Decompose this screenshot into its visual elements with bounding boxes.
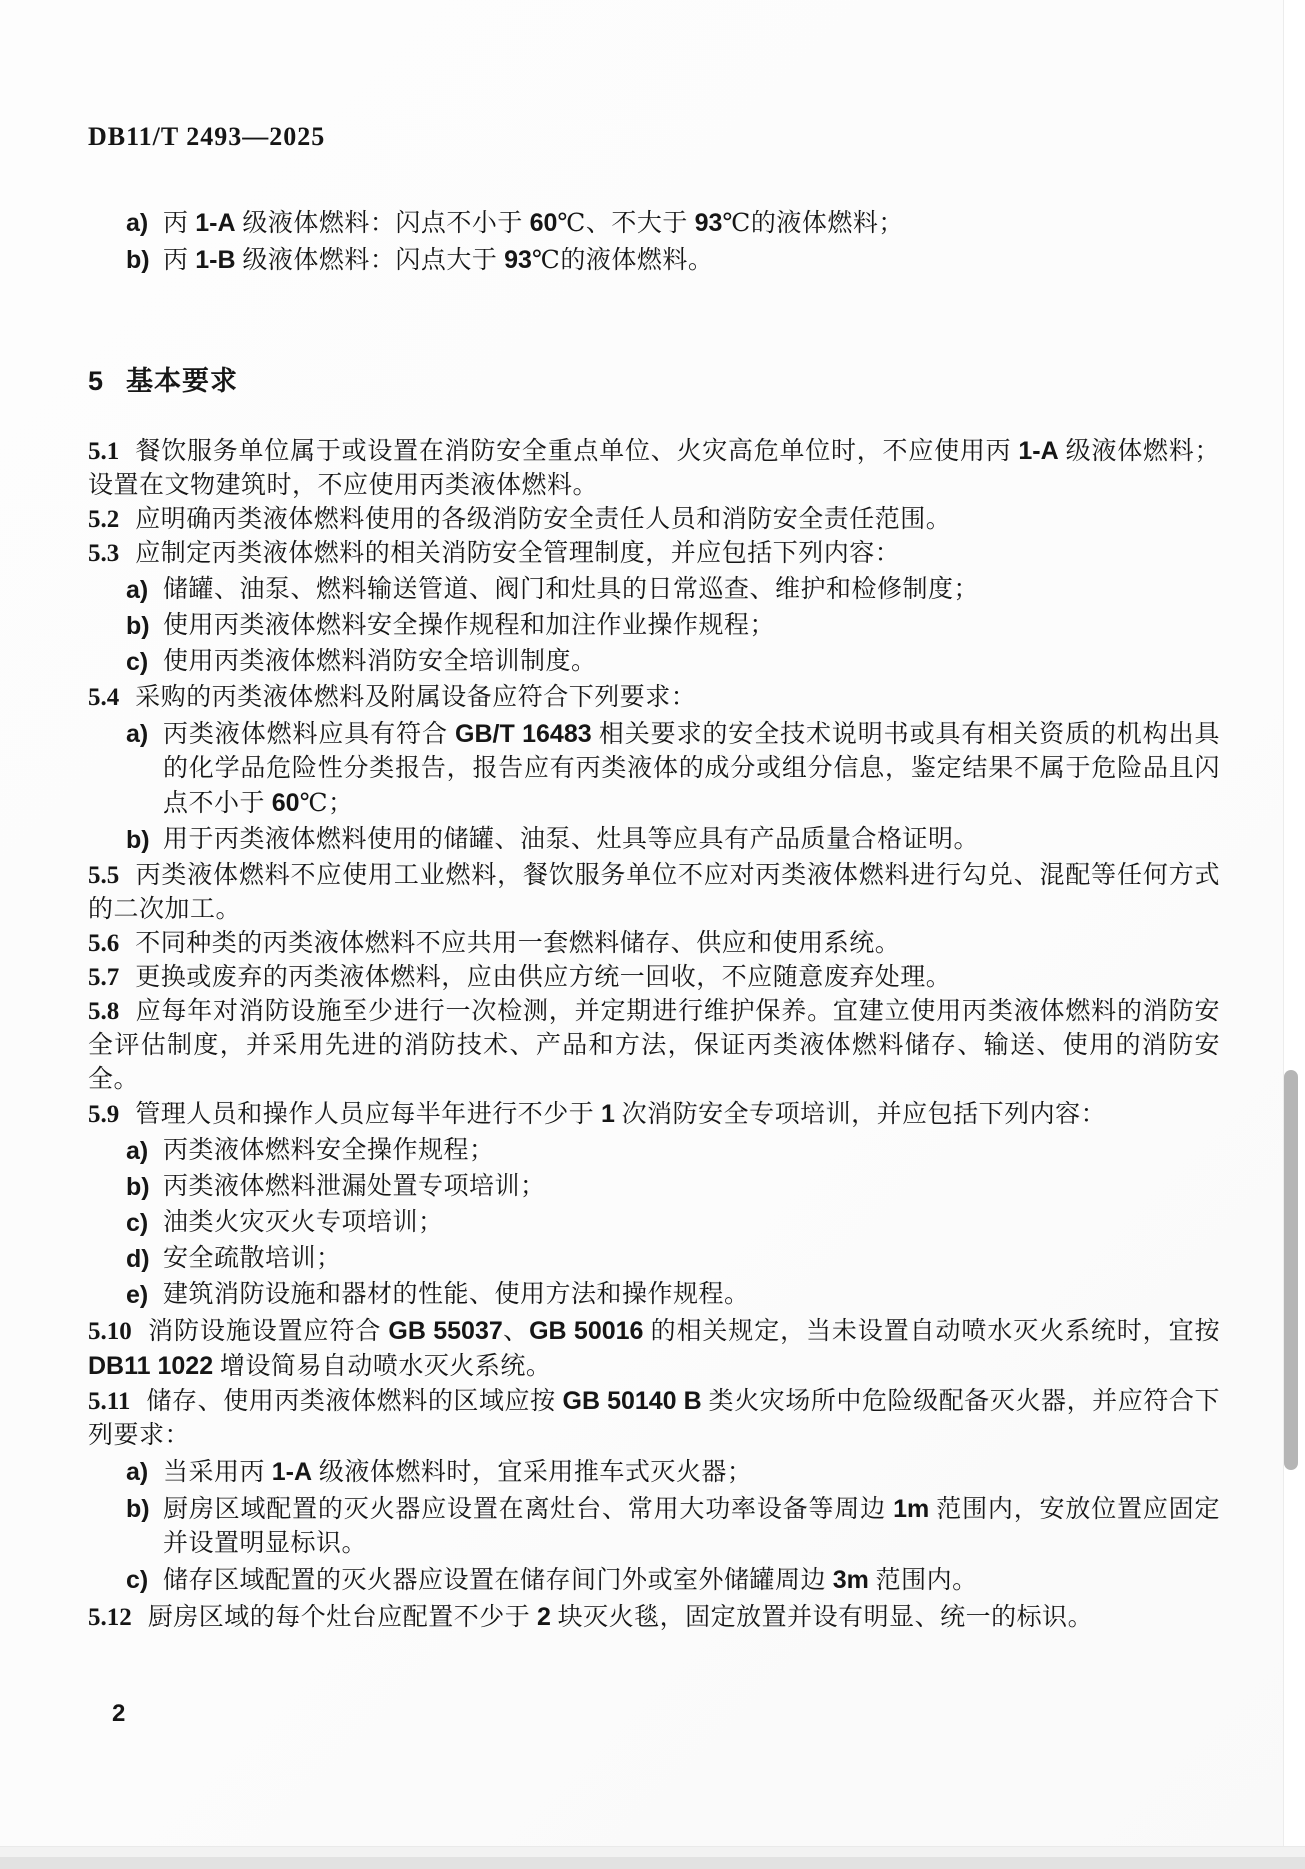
list-label: c) <box>126 645 148 679</box>
list-text: 丙 1-B 级液体燃料：闪点大于 93℃的液体燃料。 <box>163 247 713 274</box>
clause-5-3: 5.3应制定丙类液体燃料的相关消防安全管理制度，并应包括下列内容： <box>88 537 1220 571</box>
clause-text: 应每年对消防设施至少进行一次检测，并定期进行维护保养。宜建立使用丙类液体燃料的消… <box>88 998 1220 1093</box>
list-text: 丙类液体燃料应具有符合 GB/T 16483 相关要求的安全技术说明书或具有相关… <box>163 721 1220 817</box>
vertical-scrollbar-track[interactable] <box>1283 0 1305 1869</box>
clause-5-4-item-b: b) 用于丙类液体燃料使用的储罐、油泵、灶具等应具有产品质量合格证明。 <box>88 823 1220 857</box>
list-text: 安全疏散培训； <box>163 1245 342 1272</box>
list-text: 建筑消防设施和器材的性能、使用方法和操作规程。 <box>163 1281 750 1308</box>
clause-text: 消防设施设置应符合 GB 55037、GB 50016 的相关规定，当未设置自动… <box>88 1318 1220 1380</box>
list-text: 储存区域配置的灭火器应设置在储存间门外或室外储罐周边 3m 范围内。 <box>163 1567 978 1594</box>
clause-5-7: 5.7更换或废弃的丙类液体燃料，应由供应方统一回收，不应随意废弃处理。 <box>88 961 1220 995</box>
clause-5-11: 5.11储存、使用丙类液体燃料的区域应按 GB 50140 B 类火灾场所中危险… <box>88 1384 1220 1453</box>
section-title: 基本要求 <box>126 366 238 396</box>
list-text: 油类火灾灭火专项培训； <box>163 1209 444 1236</box>
clause-text: 丙类液体燃料不应使用工业燃料，餐饮服务单位不应对丙类液体燃料进行勾兑、混配等任何… <box>88 862 1220 923</box>
clause-number: 5.6 <box>88 930 119 957</box>
list-label: b) <box>126 243 150 277</box>
clause-text: 管理人员和操作人员应每半年进行不少于 1 次消防安全专项培训，并应包括下列内容： <box>135 1101 1106 1128</box>
clause-number: 5.7 <box>88 964 119 991</box>
list-label: b) <box>126 609 150 643</box>
clause-text: 应明确丙类液体燃料使用的各级消防安全责任人员和消防安全责任范围。 <box>135 506 951 533</box>
list-text: 储罐、油泵、燃料输送管道、阀门和灶具的日常巡查、维护和检修制度； <box>163 576 979 603</box>
clause-5-5: 5.5丙类液体燃料不应使用工业燃料，餐饮服务单位不应对丙类液体燃料进行勾兑、混配… <box>88 859 1220 927</box>
clause-5-9-item-b: b) 丙类液体燃料泄漏处置专项培训； <box>88 1170 1220 1204</box>
clause-5-4: 5.4采购的丙类液体燃料及附属设备应符合下列要求： <box>88 681 1220 715</box>
list-label: d) <box>126 1242 150 1276</box>
list-text: 用于丙类液体燃料使用的储罐、油泵、灶具等应具有产品质量合格证明。 <box>163 826 979 853</box>
list-label: c) <box>126 1563 148 1597</box>
clause-number: 5.3 <box>88 540 119 567</box>
clause-5-9-item-e: e) 建筑消防设施和器材的性能、使用方法和操作规程。 <box>88 1278 1220 1312</box>
list-text: 使用丙类液体燃料安全操作规程和加注作业操作规程； <box>163 612 775 639</box>
clause-number: 5.10 <box>88 1318 132 1345</box>
clause-5-10: 5.10消防设施设置应符合 GB 55037、GB 50016 的相关规定，当未… <box>88 1314 1220 1384</box>
doc-code-header: DB11/T 2493—2025 <box>88 122 325 152</box>
list-text: 使用丙类液体燃料消防安全培训制度。 <box>163 648 597 675</box>
clause-text: 不同种类的丙类液体燃料不应共用一套燃料储存、供应和使用系统。 <box>135 930 900 957</box>
list-text: 丙类液体燃料泄漏处置专项培训； <box>163 1173 546 1200</box>
list-label: b) <box>126 823 150 857</box>
list-label: c) <box>126 1206 148 1240</box>
page-content: a) 丙 1-A 级液体燃料：闪点不小于 60℃、不大于 93℃的液体燃料； b… <box>88 204 1220 1635</box>
clause-5-9-item-c: c) 油类火灾灭火专项培训； <box>88 1206 1220 1240</box>
list-item-intro-a: a) 丙 1-A 级液体燃料：闪点不小于 60℃、不大于 93℃的液体燃料； <box>88 206 1220 241</box>
clause-5-6: 5.6不同种类的丙类液体燃料不应共用一套燃料储存、供应和使用系统。 <box>88 927 1220 961</box>
clause-number: 5.4 <box>88 684 119 711</box>
viewer-bottom-strip <box>0 1846 1305 1857</box>
list-label: e) <box>126 1278 148 1312</box>
vertical-scrollbar-thumb[interactable] <box>1284 1070 1298 1470</box>
list-text: 当采用丙 1-A 级液体燃料时，宜采用推车式灭火器； <box>163 1459 752 1486</box>
page-number: 2 <box>112 1700 125 1728</box>
clause-number: 5.5 <box>88 862 119 889</box>
list-label: a) <box>126 1134 148 1168</box>
document-page: DB11/T 2493—2025 a) 丙 1-A 级液体燃料：闪点不小于 60… <box>0 0 1305 1869</box>
list-label: a) <box>126 1455 148 1489</box>
list-text: 厨房区域配置的灭火器应设置在离灶台、常用大功率设备等周边 1m 范围内，安放位置… <box>163 1496 1220 1557</box>
clause-5-8: 5.8应每年对消防设施至少进行一次检测，并定期进行维护保养。宜建立使用丙类液体燃… <box>88 995 1220 1097</box>
clause-5-12: 5.12厨房区域的每个灶台应配置不少于 2 块灭火毯，固定放置并设有明显、统一的… <box>88 1600 1220 1635</box>
clause-5-9: 5.9管理人员和操作人员应每半年进行不少于 1 次消防安全专项培训，并应包括下列… <box>88 1097 1220 1132</box>
clause-text: 采购的丙类液体燃料及附属设备应符合下列要求： <box>135 684 696 711</box>
list-label: b) <box>126 1492 150 1526</box>
clause-number: 5.1 <box>88 438 119 465</box>
clause-5-3-item-c: c) 使用丙类液体燃料消防安全培训制度。 <box>88 645 1220 679</box>
clause-number: 5.8 <box>88 998 119 1025</box>
clause-5-11-item-c: c) 储存区域配置的灭火器应设置在储存间门外或室外储罐周边 3m 范围内。 <box>88 1563 1220 1598</box>
list-text: 丙 1-A 级液体燃料：闪点不小于 60℃、不大于 93℃的液体燃料； <box>163 210 904 237</box>
clause-5-9-item-d: d) 安全疏散培训； <box>88 1242 1220 1276</box>
clause-text: 储存、使用丙类液体燃料的区域应按 GB 50140 B 类火灾场所中危险级配备灭… <box>88 1388 1220 1449</box>
clause-5-1: 5.1餐饮服务单位属于或设置在消防安全重点单位、火灾高危单位时，不应使用丙 1-… <box>88 434 1220 503</box>
clause-5-2: 5.2应明确丙类液体燃料使用的各级消防安全责任人员和消防安全责任范围。 <box>88 503 1220 537</box>
clause-5-4-item-a: a) 丙类液体燃料应具有符合 GB/T 16483 相关要求的安全技术说明书或具… <box>88 717 1220 821</box>
viewer-bottom-bar <box>0 1857 1305 1869</box>
clause-text: 厨房区域的每个灶台应配置不少于 2 块灭火毯，固定放置并设有明显、统一的标识。 <box>148 1604 1093 1631</box>
list-label: a) <box>126 717 148 751</box>
clause-5-9-item-a: a) 丙类液体燃料安全操作规程； <box>88 1134 1220 1168</box>
list-label: a) <box>126 573 148 607</box>
clause-number: 5.12 <box>88 1604 132 1631</box>
list-item-intro-b: b) 丙 1-B 级液体燃料：闪点大于 93℃的液体燃料。 <box>88 243 1220 278</box>
clause-number: 5.9 <box>88 1101 119 1128</box>
clause-5-11-item-a: a) 当采用丙 1-A 级液体燃料时，宜采用推车式灭火器； <box>88 1455 1220 1490</box>
clause-text: 应制定丙类液体燃料的相关消防安全管理制度，并应包括下列内容： <box>135 540 900 567</box>
clause-5-3-item-a: a) 储罐、油泵、燃料输送管道、阀门和灶具的日常巡查、维护和检修制度； <box>88 573 1220 607</box>
section-number: 5 <box>88 366 104 396</box>
clause-5-11-item-b: b) 厨房区域配置的灭火器应设置在离灶台、常用大功率设备等周边 1m 范围内，安… <box>88 1492 1220 1561</box>
clause-number: 5.2 <box>88 506 119 533</box>
list-label: b) <box>126 1170 150 1204</box>
section-heading: 5基本要求 <box>88 364 1220 398</box>
clause-text: 更换或废弃的丙类液体燃料，应由供应方统一回收，不应随意废弃处理。 <box>135 964 951 991</box>
clause-text: 餐饮服务单位属于或设置在消防安全重点单位、火灾高危单位时，不应使用丙 1-A 级… <box>88 438 1220 499</box>
clause-number: 5.11 <box>88 1388 130 1415</box>
list-label: a) <box>126 206 148 240</box>
list-text: 丙类液体燃料安全操作规程； <box>163 1137 495 1164</box>
clause-5-3-item-b: b) 使用丙类液体燃料安全操作规程和加注作业操作规程； <box>88 609 1220 643</box>
